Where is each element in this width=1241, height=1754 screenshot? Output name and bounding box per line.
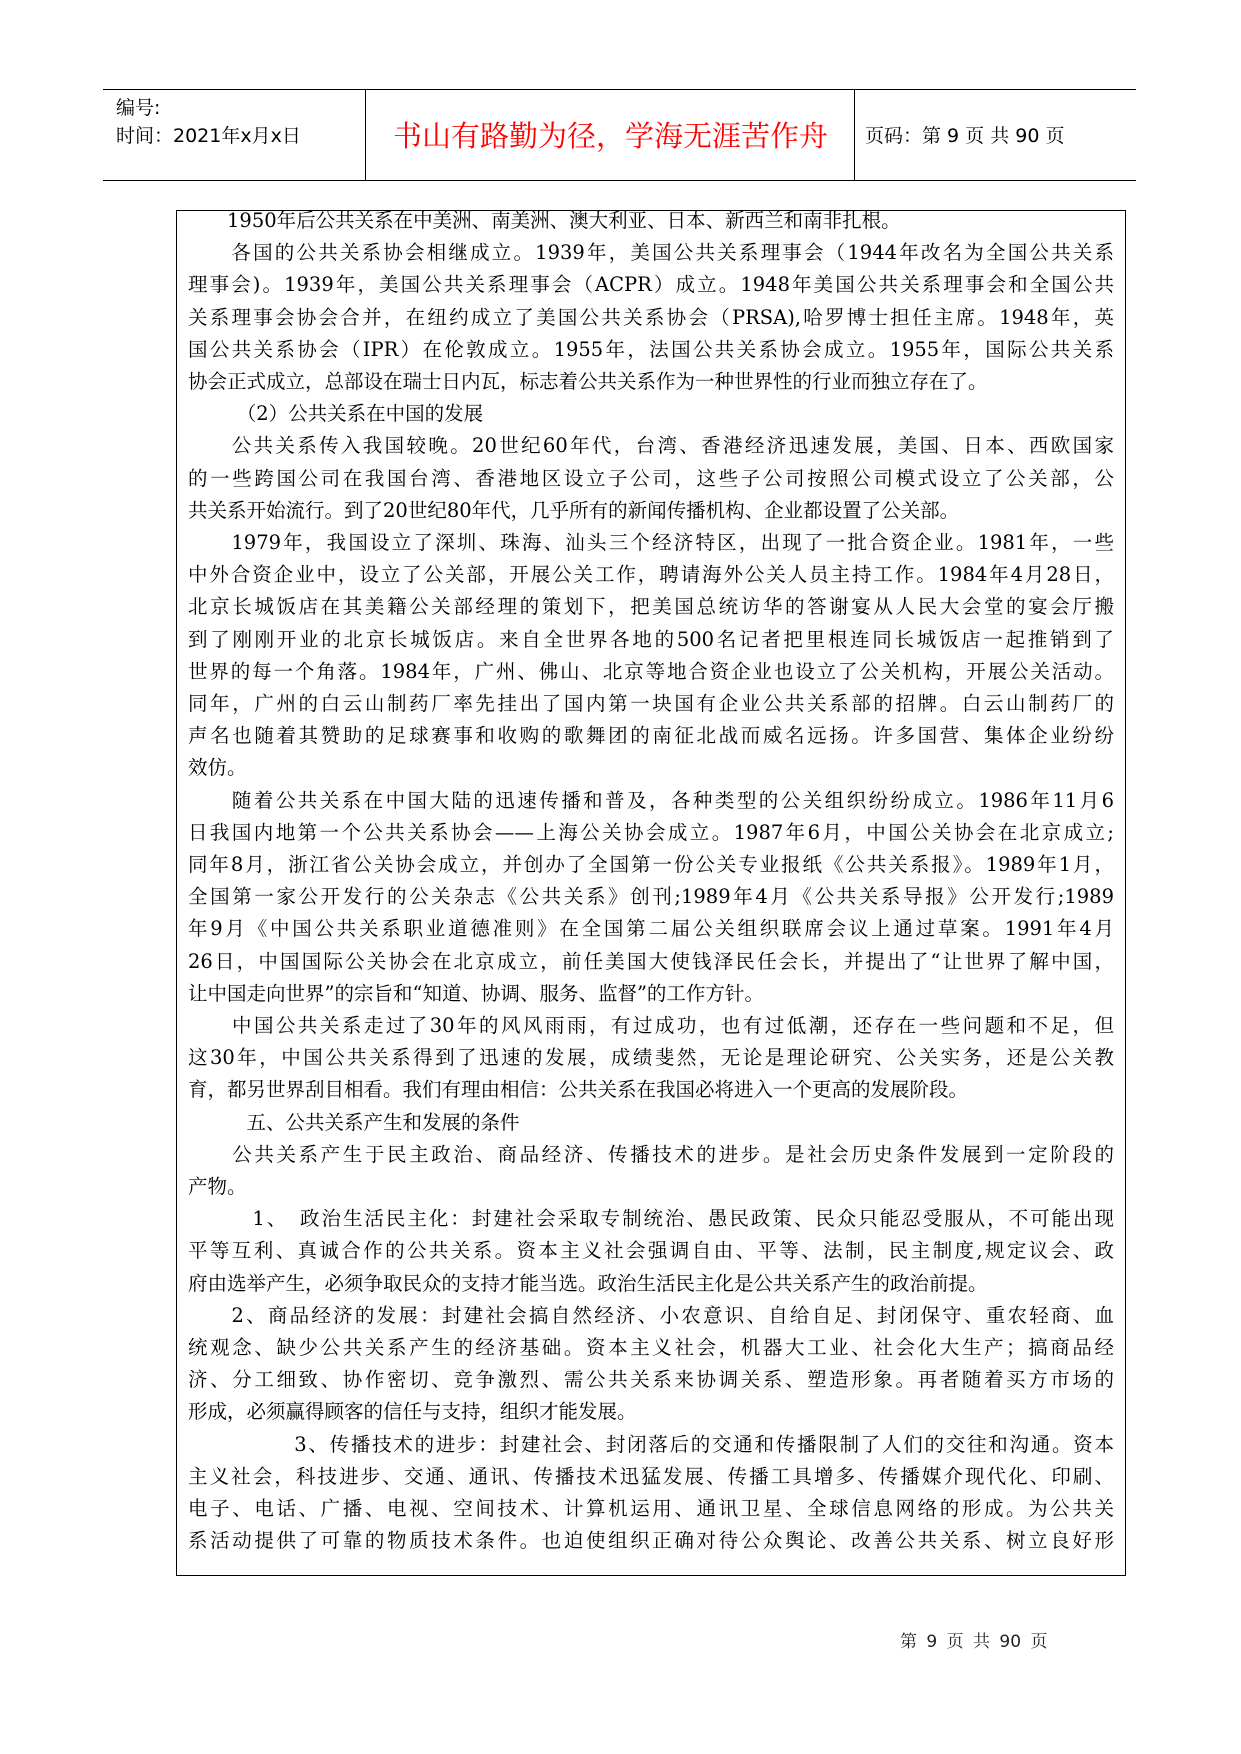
text-line: 理事会)。1939年，美国公共关系理事会（ACPR）成立。1948年美国公共关系… [188, 269, 1114, 301]
text-line: 3、传播技术的进步：封建社会、封闭落后的交通和传播限制了人们的交往和沟通。资本 [188, 1429, 1114, 1461]
text-line: 的一些跨国公司在我国台湾、香港地区设立子公司，这些子公司按照公司模式设立了公关部… [188, 463, 1114, 495]
text-line: 全国第一家公开发行的公关杂志《公共关系》创刊;1989年4月《公共关系导报》公开… [188, 881, 1114, 913]
text-line: 年9月《中国公共关系职业道德准则》在全国第二届公关组织联席会议上通过草案。199… [188, 913, 1114, 945]
page-footer: 第 9 页 共 90 页 [900, 1627, 1047, 1652]
text-line: 共关系开始流行。到了20世纪80年代，几乎所有的新闻传播机构、企业都设置了公关部… [188, 495, 1114, 527]
text-line: 育，都另世界刮目相看。我们有理由相信：公共关系在我国必将进入一个更高的发展阶段。 [188, 1074, 1114, 1106]
header-meta: 编号: 时间：2021年x月x日 [116, 94, 301, 150]
text-line: 中国公共关系走过了30年的风风雨雨，有过成功，也有过低潮，还存在一些问题和不足，… [188, 1010, 1114, 1042]
text-line: 济、分工细致、协作密切、竞争激烈、需公共关系来协调关系、塑造形象。再者随着买方市… [188, 1364, 1114, 1396]
text-line: 同年8月，浙江省公关协会成立，并创办了全国第一份公关专业报纸《公共关系报》。19… [188, 849, 1114, 881]
text-line: 同年，广州的白云山制药厂率先挂出了国内第一块国有企业公共关系部的招牌。白云山制药… [188, 688, 1114, 720]
text-line: 府由选举产生，必须争取民众的支持才能当选。政治生活民主化是公共关系产生的政治前提… [188, 1268, 1114, 1300]
text-line: 电子、电话、广播、电视、空间技术、计算机运用、通讯卫星、全球信息网络的形成。为公… [188, 1493, 1114, 1525]
header-page-code: 页码：第 9 页 共 90 页 [865, 90, 1064, 179]
text-line: 让中国走向世界”的宗旨和“知道、协调、服务、监督”的工作方针。 [188, 978, 1114, 1010]
text-line: 声名也随着其赞助的足球赛事和收购的歌舞团的南征北战而威名远扬。许多国营、集体企业… [188, 720, 1114, 752]
content-box: 1950年后公共关系在中美洲、南美洲、澳大利亚、日本、新西兰和南非扎根。 各国的… [176, 210, 1126, 1576]
text-line: 产物。 [188, 1171, 1114, 1203]
text-line: 这30年，中国公共关系得到了迅速的发展，成绩斐然，无论是理论研究、公关实务，还是… [188, 1042, 1114, 1074]
text-line: 到了刚刚开业的北京长城饭店。来自全世界各地的500名记者把里根连同长城饭店一起推… [188, 624, 1114, 656]
text-line: 公共关系传入我国较晚。20世纪60年代，台湾、香港经济迅速发展，美国、日本、西欧… [188, 430, 1114, 462]
text-line: 1、 政治生活民主化：封建社会采取专制统治、愚民政策、民众只能忍受服从，不可能出… [188, 1203, 1114, 1235]
text-line: 系活动提供了可靠的物质技术条件。也迫使组织正确对待公众舆论、改善公共关系、树立良… [188, 1525, 1114, 1557]
text-line: 公共关系产生于民主政治、商品经济、传播技术的进步。是社会历史条件发展到一定阶段的 [188, 1139, 1114, 1171]
text-line: 统观念、缺少公共关系产生的经济基础。资本主义社会，机器大工业、社会化大生产；搞商… [188, 1332, 1114, 1364]
page-header: 编号: 时间：2021年x月x日 书山有路勤为径，学海无涯苦作舟 页码：第 9 … [103, 89, 1136, 181]
text-line: 2、商品经济的发展：封建社会搞自然经济、小农意识、自给自足、封闭保守、重农轻商、… [188, 1300, 1114, 1332]
text-line: 中外合资企业中，设立了公关部，开展公关工作，聘请海外公关人员主持工作。1984年… [188, 559, 1114, 591]
text-line: 关系理事会协会合并，在纽约成立了美国公共关系协会（PRSA),哈罗博士担任主席。… [188, 302, 1114, 334]
text-line: （2）公共关系在中国的发展 [188, 398, 1114, 430]
text-line: 主义社会，科技进步、交通、通讯、传播技术迅猛发展、传播工具增多、传播媒介现代化、… [188, 1461, 1114, 1493]
text-line: 五、公共关系产生和发展的条件 [188, 1107, 1114, 1139]
text-line: 效仿。 [188, 752, 1114, 784]
text-line: 1979年，我国设立了深圳、珠海、汕头三个经济特区，出现了一批合资企业。1981… [188, 527, 1114, 559]
text-line: 国公共关系协会（IPR）在伦敦成立。1955年，法国公共关系协会成立。1955年… [188, 334, 1114, 366]
text-line: 北京长城饭店在其美籍公关部经理的策划下，把美国总统访华的答谢宴从人民大会堂的宴会… [188, 591, 1114, 623]
text-line: 协会正式成立，总部设在瑞士日内瓦，标志着公共关系作为一种世界性的行业而独立存在了… [188, 366, 1114, 398]
text-line: 日我国内地第一个公共关系协会——上海公关协会成立。1987年6月，中国公关协会在… [188, 817, 1114, 849]
header-motto: 书山有路勤为径，学海无涯苦作舟 [366, 90, 855, 179]
text-line: 各国的公共关系协会相继成立。1939年，美国公共关系理事会（1944年改名为全国… [188, 237, 1114, 269]
text-line: 形成，必须赢得顾客的信任与支持，组织才能发展。 [188, 1396, 1114, 1428]
text-line: 世界的每一个角落。1984年，广州、佛山、北京等地合资企业也设立了公关机构，开展… [188, 656, 1114, 688]
text-line: 随着公共关系在中国大陆的迅速传播和普及，各种类型的公关组织纷纷成立。1986年1… [188, 785, 1114, 817]
document-number-label: 编号: [116, 94, 301, 122]
document-date: 时间：2021年x月x日 [116, 122, 301, 150]
text-line: 平等互利、真诚合作的公共关系。资本主义社会强调自由、平等、法制，民主制度,规定议… [188, 1235, 1114, 1267]
header-divider [854, 90, 855, 180]
text-line: 26日，中国国际公关协会在北京成立，前任美国大使钱泽民任会长，并提出了“让世界了… [188, 946, 1114, 978]
text-line: 1950年后公共关系在中美洲、南美洲、澳大利亚、日本、新西兰和南非扎根。 [188, 205, 1114, 237]
